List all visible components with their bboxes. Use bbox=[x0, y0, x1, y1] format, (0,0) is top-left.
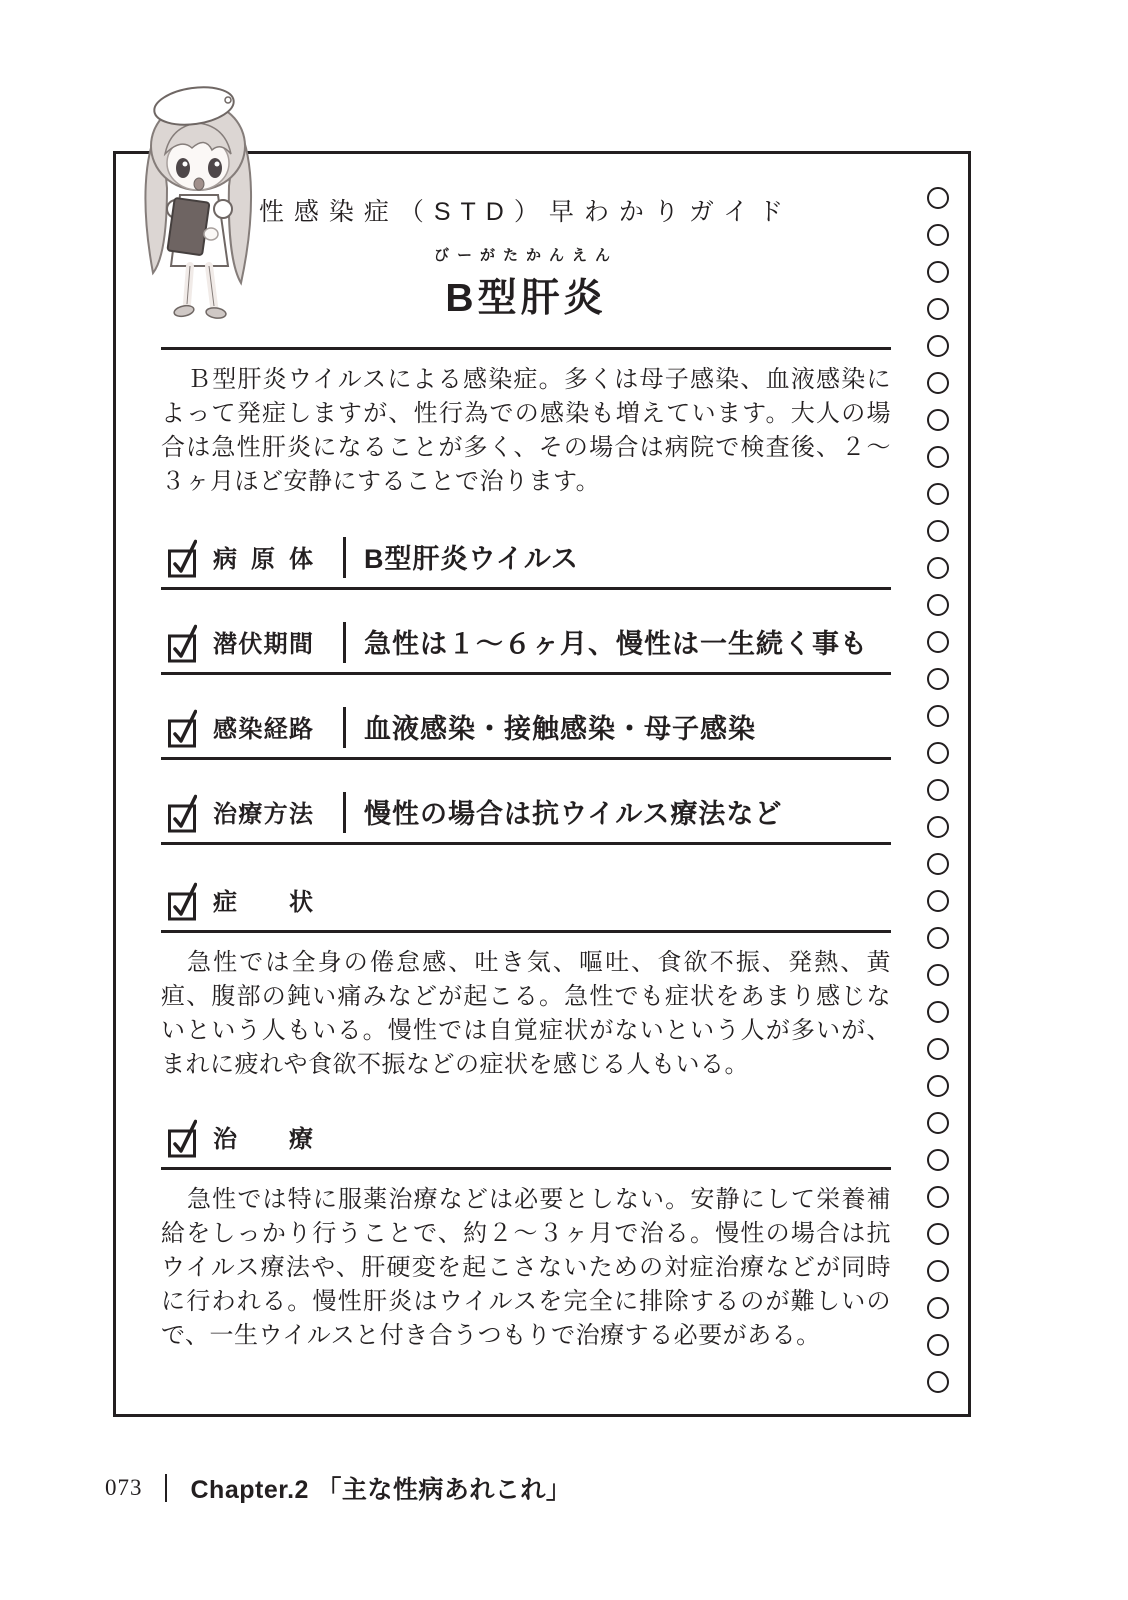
binder-hole bbox=[927, 1260, 949, 1282]
row-label: 病原体 bbox=[213, 539, 313, 574]
intro-paragraph: Ｂ型肝炎ウイルスによる感染症。多くは母子感染、血液感染によって発症しますが、性行… bbox=[161, 363, 891, 499]
symptoms-paragraph: 急性では全身の倦怠感、吐き気、嘔吐、食欲不振、発熱、黄疸、腹部の鈍い痛みなどが起… bbox=[161, 946, 891, 1082]
binder-hole bbox=[927, 187, 949, 209]
binder-holes-column bbox=[927, 187, 949, 1408]
binder-hole bbox=[927, 261, 949, 283]
binder-hole bbox=[927, 335, 949, 357]
binder-hole bbox=[927, 816, 949, 838]
binder-hole bbox=[927, 298, 949, 320]
binder-hole bbox=[927, 779, 949, 801]
row-value: 急性は１～６ヶ月、慢性は一生続く事も bbox=[364, 622, 868, 661]
row-divider bbox=[343, 537, 346, 578]
info-row-transmission: 感染経路 血液感染・接触感染・母子感染 bbox=[161, 707, 891, 760]
binder-hole bbox=[927, 1186, 949, 1208]
binder-hole bbox=[927, 409, 949, 431]
binder-hole bbox=[927, 224, 949, 246]
binder-hole bbox=[927, 927, 949, 949]
disease-title-furigana: びーがたかんえん bbox=[161, 244, 891, 265]
chibi-nurse-illustration bbox=[131, 78, 269, 328]
binder-hole bbox=[927, 853, 949, 875]
disease-info-card: 性感染症（STD）早わかりガイド びーがたかんえん B型肝炎 Ｂ型肝炎ウイルスに… bbox=[113, 151, 971, 1417]
checked-box-icon bbox=[167, 881, 197, 921]
row-divider bbox=[343, 792, 346, 833]
section-label: 症状 bbox=[213, 882, 313, 917]
card-content: 性感染症（STD）早わかりガイド びーがたかんえん B型肝炎 Ｂ型肝炎ウイルスに… bbox=[161, 192, 891, 1353]
binder-hole bbox=[927, 964, 949, 986]
checked-box-icon bbox=[167, 793, 197, 833]
binder-hole bbox=[927, 1112, 949, 1134]
footer-divider bbox=[165, 1474, 167, 1502]
disease-title: B型肝炎 bbox=[161, 267, 891, 323]
row-value: B型肝炎ウイルス bbox=[364, 537, 579, 576]
binder-hole bbox=[927, 557, 949, 579]
section-label: 治療 bbox=[213, 1119, 313, 1154]
checked-box-icon bbox=[167, 538, 197, 578]
info-row-pathogen: 病原体 B型肝炎ウイルス bbox=[161, 537, 891, 590]
binder-hole bbox=[927, 631, 949, 653]
info-row-incubation: 潜伏期間 急性は１～６ヶ月、慢性は一生続く事も bbox=[161, 622, 891, 675]
binder-hole bbox=[927, 890, 949, 912]
section-header-symptoms: 症状 bbox=[161, 881, 891, 933]
binder-hole bbox=[927, 483, 949, 505]
book-page: 性感染症（STD）早わかりガイド びーがたかんえん B型肝炎 Ｂ型肝炎ウイルスに… bbox=[0, 0, 1128, 1600]
row-label: 感染経路 bbox=[213, 709, 313, 744]
row-label: 潜伏期間 bbox=[213, 624, 313, 659]
binder-hole bbox=[927, 1001, 949, 1023]
info-row-treatment-method: 治療方法 慢性の場合は抗ウイルス療法など bbox=[161, 792, 891, 845]
binder-hole bbox=[927, 1334, 949, 1356]
binder-hole bbox=[927, 705, 949, 727]
row-divider bbox=[343, 707, 346, 748]
chapter-label: Chapter.2 「主な性病あれこれ」 bbox=[191, 1470, 572, 1506]
checked-box-icon bbox=[167, 623, 197, 663]
row-value: 血液感染・接触感染・母子感染 bbox=[364, 707, 756, 746]
binder-hole bbox=[927, 1371, 949, 1393]
row-divider bbox=[343, 622, 346, 663]
binder-hole bbox=[927, 1223, 949, 1245]
checked-box-icon bbox=[167, 708, 197, 748]
binder-hole bbox=[927, 1075, 949, 1097]
guide-series-title: 性感染症（STD）早わかりガイド bbox=[161, 192, 891, 228]
binder-hole bbox=[927, 668, 949, 690]
row-label: 治療方法 bbox=[213, 794, 313, 829]
row-value: 慢性の場合は抗ウイルス療法など bbox=[364, 792, 782, 831]
binder-hole bbox=[927, 1149, 949, 1171]
binder-hole bbox=[927, 1038, 949, 1060]
binder-hole bbox=[927, 446, 949, 468]
binder-hole bbox=[927, 742, 949, 764]
binder-hole bbox=[927, 372, 949, 394]
page-number: 073 bbox=[105, 1475, 143, 1501]
binder-hole bbox=[927, 520, 949, 542]
binder-hole bbox=[927, 1297, 949, 1319]
binder-hole bbox=[927, 594, 949, 616]
header-divider-rule bbox=[161, 347, 891, 350]
page-footer: 073 Chapter.2 「主な性病あれこれ」 bbox=[105, 1470, 571, 1506]
treatment-paragraph: 急性では特に服薬治療などは必要としない。安静にして栄養補給をしっかり行うことで、… bbox=[161, 1183, 891, 1353]
checked-box-icon bbox=[167, 1118, 197, 1158]
section-header-treatment: 治療 bbox=[161, 1118, 891, 1170]
